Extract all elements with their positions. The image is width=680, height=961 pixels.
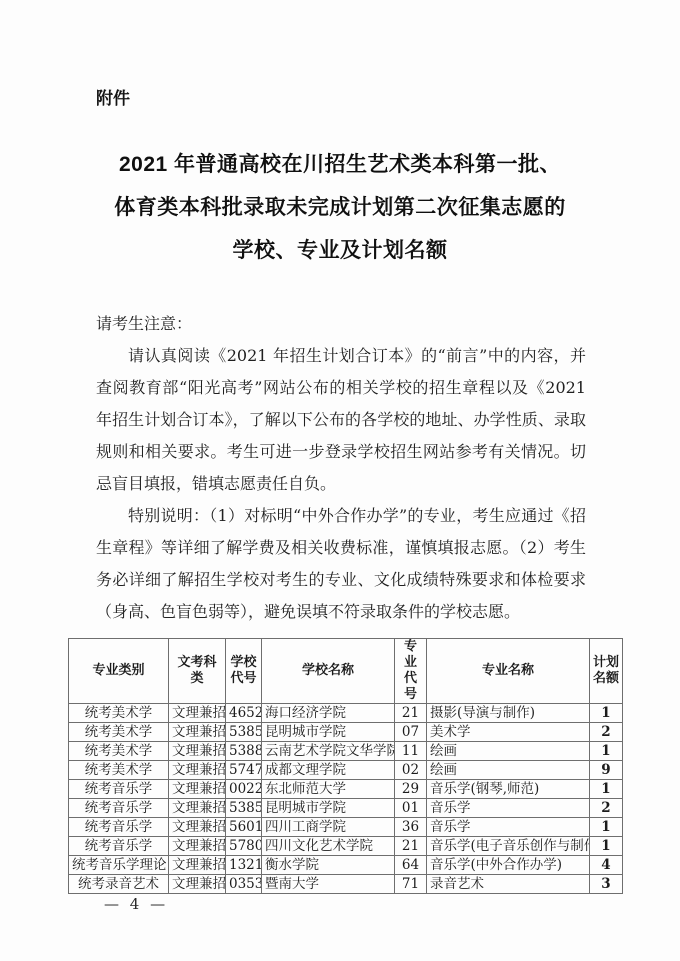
table-cell: 四川文化艺术学院 [262,837,395,856]
table-cell: 1 [590,818,623,837]
table-cell: 文理兼招 [169,837,226,856]
table-cell: 音乐学(中外合作办学) [427,856,590,875]
table-cell: 东北师范大学 [262,780,395,799]
table-cell: 1 [590,742,623,761]
table-row: 统考美术学文理兼招4652海口经济学院21摄影(导演与制作)1 [69,704,623,723]
table-cell: 0022 [226,780,262,799]
notice-paragraph-1: 请认真阅读《2021 年招生计划合订本》的“前言”中的内容，并查阅教育部“阳光高… [96,340,586,500]
table-cell: 文理兼招 [169,761,226,780]
table-row: 统考音乐学文理兼招0022东北师范大学29音乐学(钢琴,师范)1 [69,780,623,799]
table-row: 统考美术学文理兼招5385昆明城市学院07美术学2 [69,723,623,742]
table-cell: 1 [590,780,623,799]
table-cell: 衡水学院 [262,856,395,875]
table-cell: 文理兼招 [169,742,226,761]
title-line-1: 2021 年普通高校在川招生艺术类本科第一批、 [70,143,610,186]
table-cell: 9 [590,761,623,780]
table-cell: 07 [395,723,427,742]
table-cell: 11 [395,742,427,761]
table-cell: 统考美术学 [69,723,169,742]
table-cell: 2 [590,723,623,742]
table-row: 统考美术学文理兼招5388云南艺术学院文华学院11绘画1 [69,742,623,761]
table-cell: 文理兼招 [169,875,226,894]
table-cell: 文理兼招 [169,799,226,818]
table-cell: 5747 [226,761,262,780]
table-cell: 2 [590,799,623,818]
table-row: 统考音乐学理论文理兼招1321衡水学院64音乐学(中外合作办学)4 [69,856,623,875]
table-cell: 统考美术学 [69,742,169,761]
table-row: 统考音乐学文理兼招5385昆明城市学院01音乐学2 [69,799,623,818]
table-cell: 暨南大学 [262,875,395,894]
table-cell: 统考音乐学理论 [69,856,169,875]
table-header-row: 专业类别 文考科类 学校 代号 学校名称 专业 代号 专业名称 计划 名额 [69,639,623,704]
table-cell: 64 [395,856,427,875]
table-cell: 3 [590,875,623,894]
table-cell: 71 [395,875,427,894]
document-page: 附件 2021 年普通高校在川招生艺术类本科第一批、 体育类本科批录取未完成计划… [0,0,680,961]
table-cell: 音乐学(钢琴,师范) [427,780,590,799]
document-title: 2021 年普通高校在川招生艺术类本科第一批、 体育类本科批录取未完成计划第二次… [70,143,610,272]
table-cell: 统考美术学 [69,761,169,780]
table-cell: 统考音乐学 [69,799,169,818]
table-cell: 5388 [226,742,262,761]
table-cell: 5385 [226,723,262,742]
table-cell: 5780 [226,837,262,856]
notice-paragraph-2: 特别说明：（1）对标明“中外合作办学”的专业，考生应通过《招生章程》等详细了解学… [96,500,586,628]
title-line-3: 学校、专业及计划名额 [70,229,610,272]
table-cell: 海口经济学院 [262,704,395,723]
table-cell: 统考音乐学 [69,780,169,799]
table-row: 统考音乐学文理兼招5601四川工商学院36音乐学1 [69,818,623,837]
table-cell: 文理兼招 [169,856,226,875]
table-cell: 绘画 [427,761,590,780]
table-cell: 01 [395,799,427,818]
table-cell: 36 [395,818,427,837]
table-cell: 文理兼招 [169,818,226,837]
header-plan-quota: 计划 名额 [590,639,623,704]
table-cell: 统考美术学 [69,704,169,723]
table-cell: 成都文理学院 [262,761,395,780]
table-cell: 02 [395,761,427,780]
table-cell: 21 [395,704,427,723]
table-cell: 绘画 [427,742,590,761]
header-school-code: 学校 代号 [226,639,262,704]
table-cell: 云南艺术学院文华学院 [262,742,395,761]
table-cell: 文理兼招 [169,704,226,723]
notice-heading: 请考生注意： [96,308,586,340]
table-cell: 统考录音艺术 [69,875,169,894]
table-cell: 21 [395,837,427,856]
table-cell: 音乐学(电子音乐创作与制作) [427,837,590,856]
table-row: 统考音乐学文理兼招5780四川文化艺术学院21音乐学(电子音乐创作与制作)1 [69,837,623,856]
table-cell: 1321 [226,856,262,875]
table-cell: 四川工商学院 [262,818,395,837]
table-body: 统考美术学文理兼招4652海口经济学院21摄影(导演与制作)1统考美术学文理兼招… [69,704,623,894]
table-cell: 文理兼招 [169,723,226,742]
table-cell: 音乐学 [427,818,590,837]
table-cell: 0353 [226,875,262,894]
table-cell: 统考音乐学 [69,818,169,837]
header-exam-subject: 文考科类 [169,639,226,704]
table-cell: 4 [590,856,623,875]
table-cell: 录音艺术 [427,875,590,894]
table-cell: 统考音乐学 [69,837,169,856]
page-number: — 4 — [104,895,168,913]
title-line-2: 体育类本科批录取未完成计划第二次征集志愿的 [70,186,610,229]
header-school-name: 学校名称 [262,639,395,704]
table-cell: 昆明城市学院 [262,723,395,742]
table-cell: 1 [590,704,623,723]
table-cell: 摄影(导演与制作) [427,704,590,723]
table-cell: 29 [395,780,427,799]
header-major-name: 专业名称 [427,639,590,704]
table-cell: 5601 [226,818,262,837]
table-cell: 美术学 [427,723,590,742]
table-cell: 1 [590,837,623,856]
table-cell: 5385 [226,799,262,818]
table-cell: 昆明城市学院 [262,799,395,818]
attachment-label: 附件 [96,84,130,109]
header-major-code: 专业 代号 [395,639,427,704]
notice-section: 请考生注意： 请认真阅读《2021 年招生计划合订本》的“前言”中的内容，并查阅… [96,308,586,628]
table-cell: 音乐学 [427,799,590,818]
table-row: 统考美术学文理兼招5747成都文理学院02绘画9 [69,761,623,780]
table-cell: 文理兼招 [169,780,226,799]
table-row: 统考录音艺术文理兼招0353暨南大学71录音艺术3 [69,875,623,894]
plan-table: 专业类别 文考科类 学校 代号 学校名称 专业 代号 专业名称 计划 名额 统考… [68,638,623,894]
table-cell: 4652 [226,704,262,723]
header-major-category: 专业类别 [69,639,169,704]
